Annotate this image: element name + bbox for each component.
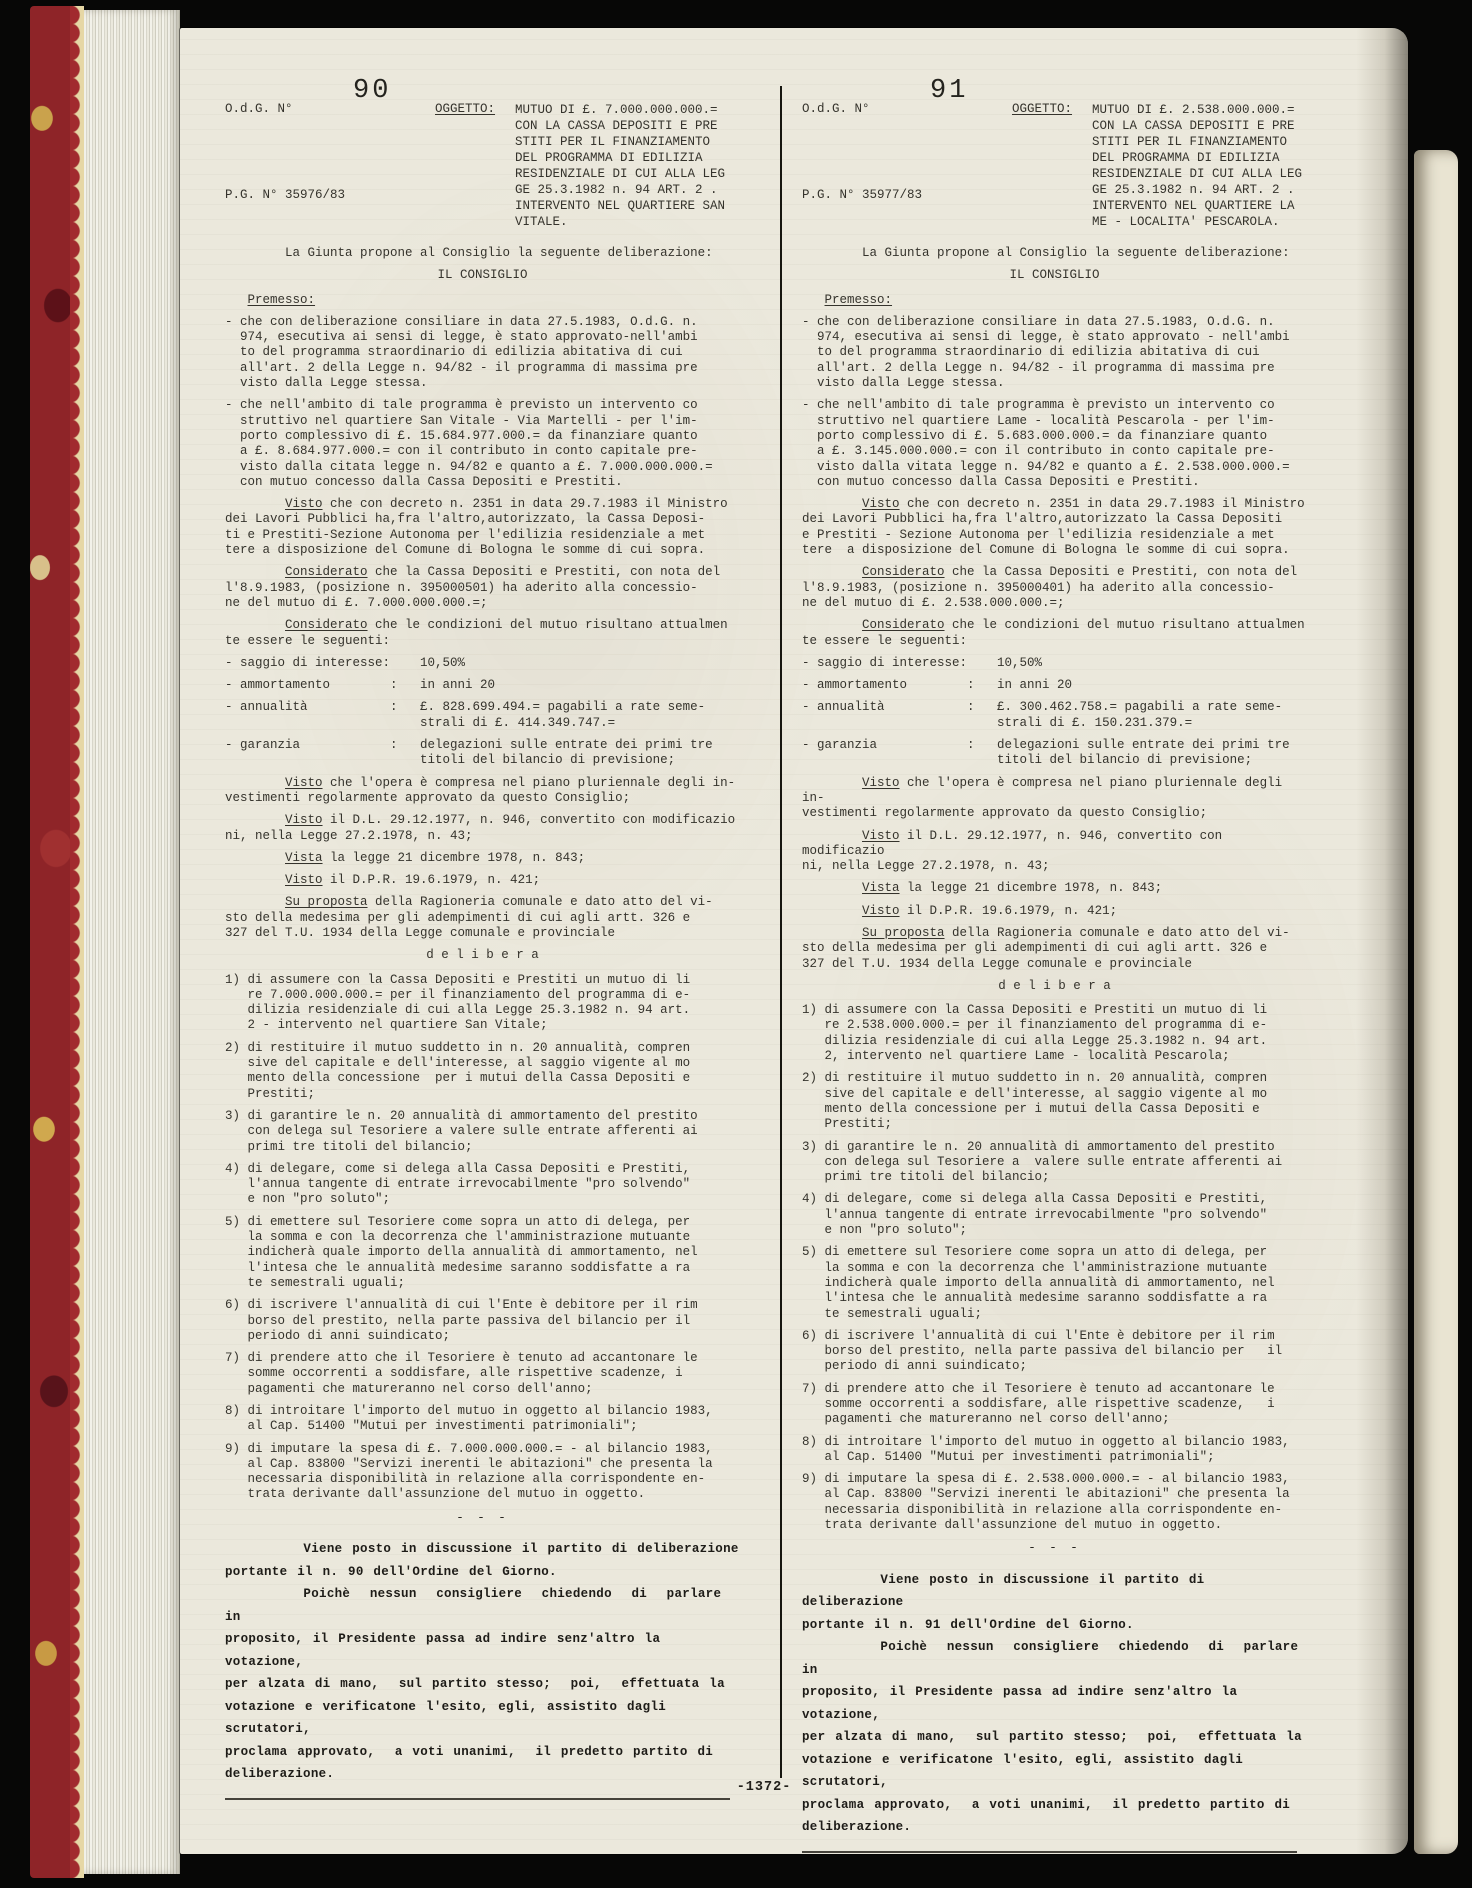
text-block-para: - che con deliberazione consiliare in da… bbox=[802, 315, 1307, 391]
text-block-dashes: - - - bbox=[802, 1541, 1307, 1556]
text-block-para: 9) di imputare la spesa di £. 2.538.000.… bbox=[802, 1472, 1307, 1533]
text-block-lead: Visto che con decreto n. 2351 in data 29… bbox=[225, 497, 740, 558]
page-number: -1372- bbox=[180, 1780, 1348, 1795]
text-block-para: 7) di prendere atto che il Tesoriere è t… bbox=[225, 1351, 740, 1397]
text-block-para: 7) di prendere atto che il Tesoriere è t… bbox=[802, 1382, 1307, 1428]
underlined-lead: Vista bbox=[285, 851, 323, 865]
text-block-para: - garanzia : delegazioni sulle entrate d… bbox=[802, 738, 1307, 769]
underlined-lead: Visto bbox=[862, 497, 900, 511]
text-block-lead: Visto il D.P.R. 19.6.1979, n. 421; bbox=[225, 873, 740, 888]
text-block-lead: Vista la legge 21 dicembre 1978, n. 843; bbox=[802, 881, 1307, 896]
deliberation-odg-90: O.d.G. N° 90 OGGETTO: MUTUO DI £. 7.000.… bbox=[225, 88, 740, 1807]
text-block-para: 9) di imputare la spesa di £. 7.000.000.… bbox=[225, 1442, 740, 1503]
underlined-lead: Visto bbox=[285, 873, 323, 887]
book-page-fan-edges bbox=[84, 10, 180, 1874]
text-block-para: - che nell'ambito di tale programma è pr… bbox=[225, 398, 740, 490]
text-block-para: 8) di introitare l'importo del mutuo in … bbox=[802, 1435, 1307, 1466]
text-block-lead: Su proposta della Ragioneria comunale e … bbox=[802, 926, 1307, 972]
underlined-lead: Su proposta bbox=[285, 895, 368, 909]
underlined-lead: Visto bbox=[285, 497, 323, 511]
odg-label: O.d.G. N° bbox=[225, 102, 293, 117]
text-block-end: Viene posto in discussione il partito di… bbox=[802, 1569, 1307, 1839]
text-block-lead: Visto il D.P.R. 19.6.1979, n. 421; bbox=[802, 904, 1307, 919]
text-block-para: 2) di restituire il mutuo suddetto in n.… bbox=[225, 1041, 740, 1102]
deliberation-header: O.d.G. N° 90 OGGETTO: MUTUO DI £. 7.000.… bbox=[225, 88, 740, 246]
book-cover-marbled-edge bbox=[30, 6, 70, 1878]
text-block-para: 4) di delegare, come si delega alla Cass… bbox=[225, 1162, 740, 1208]
underlined-lead: Visto bbox=[285, 813, 323, 827]
column-divider bbox=[780, 86, 782, 1778]
text-block-para: - saggio di interesse: 10,50% bbox=[225, 656, 740, 671]
underlined-lead: Visto bbox=[285, 776, 323, 790]
text-block-rule bbox=[225, 1798, 730, 1800]
text-block-para: 6) di iscrivere l'annualità di cui l'Ent… bbox=[802, 1329, 1307, 1375]
oggetto-label: OGGETTO: bbox=[435, 102, 495, 117]
text-block-rule bbox=[802, 1851, 1297, 1853]
register-page: O.d.G. N° 90 OGGETTO: MUTUO DI £. 7.000.… bbox=[180, 28, 1408, 1854]
text-block-para: 4) di delegare, come si delega alla Cass… bbox=[802, 1192, 1307, 1238]
deliberation-odg-91: O.d.G. N° 91 OGGETTO: MUTUO DI £. 2.538.… bbox=[802, 88, 1307, 1860]
text-block-para: 6) di iscrivere l'annualità di cui l'Ent… bbox=[225, 1298, 740, 1344]
text-block-para: La Giunta propone al Consiglio la seguen… bbox=[225, 246, 740, 261]
text-block-lead: Visto il D.L. 29.12.1977, n. 946, conver… bbox=[802, 829, 1307, 875]
next-page-edge bbox=[1414, 150, 1458, 1854]
book-cover-inner-edge bbox=[70, 6, 84, 1878]
text-block-dashes: - - - bbox=[225, 1511, 740, 1526]
text-block-para: La Giunta propone al Consiglio la seguen… bbox=[802, 246, 1307, 261]
text-block-para: - che nell'ambito di tale programma è pr… bbox=[802, 398, 1307, 490]
text-block-para: - ammortamento : in anni 20 bbox=[802, 678, 1307, 693]
underlined-lead: Considerato bbox=[285, 565, 368, 579]
underlined-lead: Premesso: bbox=[248, 293, 316, 307]
underlined-lead: Visto bbox=[862, 776, 900, 790]
underlined-lead: Su proposta bbox=[862, 926, 945, 940]
oggetto-block: OGGETTO: MUTUO DI £. 7.000.000.000.= CON… bbox=[435, 102, 737, 230]
text-block-para: 3) di garantire le n. 20 annualità di am… bbox=[225, 1109, 740, 1155]
text-block-lead: Visto che con decreto n. 2351 in data 29… bbox=[802, 497, 1307, 558]
underlined-lead: Visto bbox=[862, 904, 900, 918]
text-block-para: 2) di restituire il mutuo suddetto in n.… bbox=[802, 1071, 1307, 1132]
text-block-para: 5) di emettere sul Tesoriere come sopra … bbox=[225, 1215, 740, 1291]
text-block-para: - annualità : £. 300.462.758.= pagabili … bbox=[802, 700, 1307, 731]
text-block-para: - saggio di interesse: 10,50% bbox=[802, 656, 1307, 671]
underlined-lead: Considerato bbox=[285, 618, 368, 632]
underlined-lead: Premesso: bbox=[825, 293, 893, 307]
oggetto-text: MUTUO DI £. 7.000.000.000.= CON LA CASSA… bbox=[515, 102, 737, 230]
text-block-lead: Visto che l'opera è compresa nel piano p… bbox=[225, 776, 740, 807]
text-block-para: 3) di garantire le n. 20 annualità di am… bbox=[802, 1140, 1307, 1186]
text-block-center: IL CONSIGLIO bbox=[802, 268, 1307, 283]
odg-number: 90 bbox=[353, 84, 391, 99]
text-block-para: 5) di emettere sul Tesoriere come sopra … bbox=[802, 1245, 1307, 1321]
text-block-lead: Considerato che le condizioni del mutuo … bbox=[802, 618, 1307, 649]
text-block-end: Viene posto in discussione il partito di… bbox=[225, 1538, 740, 1786]
deliberation-header: O.d.G. N° 91 OGGETTO: MUTUO DI £. 2.538.… bbox=[802, 88, 1307, 246]
underlined-lead: Vista bbox=[862, 881, 900, 895]
text-block-center: d e l i b e r a bbox=[225, 948, 740, 963]
underlined-lead: Visto bbox=[862, 829, 900, 843]
text-block-para: 1) di assumere con la Cassa Depositi e P… bbox=[225, 973, 740, 1034]
text-block-lead: Visto che l'opera è compresa nel piano p… bbox=[802, 776, 1307, 822]
text-block-para: 8) di introitare l'importo del mutuo in … bbox=[225, 1404, 740, 1435]
text-block-lead: Considerato che la Cassa Depositi e Pres… bbox=[225, 565, 740, 611]
deliberation-body: La Giunta propone al Consiglio la seguen… bbox=[225, 246, 740, 1800]
oggetto-text: MUTUO DI £. 2.538.000.000.= CON LA CASSA… bbox=[1092, 102, 1314, 230]
text-block-lead: Visto il D.L. 29.12.1977, n. 946, conver… bbox=[225, 813, 740, 844]
scanned-register-photo: { "page": { "number_label": "-1372-" }, … bbox=[0, 0, 1472, 1888]
oggetto-label: OGGETTO: bbox=[1012, 102, 1072, 117]
text-block-lead: Su proposta della Ragioneria comunale e … bbox=[225, 895, 740, 941]
text-block-para: 1) di assumere con la Cassa Depositi e P… bbox=[802, 1003, 1307, 1064]
pg-number: P.G. N° 35976/83 bbox=[225, 188, 345, 203]
deliberation-body: La Giunta propone al Consiglio la seguen… bbox=[802, 246, 1307, 1853]
text-block-para: - annualità : £. 828.699.494.= pagabili … bbox=[225, 700, 740, 731]
pg-number: P.G. N° 35977/83 bbox=[802, 188, 922, 203]
underlined-lead: Considerato bbox=[862, 618, 945, 632]
text-block-para: - che con deliberazione consiliare in da… bbox=[225, 315, 740, 391]
odg-label: O.d.G. N° bbox=[802, 102, 870, 117]
text-block-center: d e l i b e r a bbox=[802, 979, 1307, 994]
odg-number: 91 bbox=[930, 84, 968, 99]
text-block-lead: Considerato che le condizioni del mutuo … bbox=[225, 618, 740, 649]
text-block-para: - ammortamento : in anni 20 bbox=[225, 678, 740, 693]
oggetto-block: OGGETTO: MUTUO DI £. 2.538.000.000.= CON… bbox=[1012, 102, 1314, 230]
text-block-lead: Premesso: bbox=[225, 293, 740, 308]
text-block-lead: Considerato che la Cassa Depositi e Pres… bbox=[802, 565, 1307, 611]
text-block-center: IL CONSIGLIO bbox=[225, 268, 740, 283]
text-block-para: - garanzia : delegazioni sulle entrate d… bbox=[225, 738, 740, 769]
text-block-lead: Premesso: bbox=[802, 293, 1307, 308]
text-block-lead: Vista la legge 21 dicembre 1978, n. 843; bbox=[225, 851, 740, 866]
underlined-lead: Considerato bbox=[862, 565, 945, 579]
